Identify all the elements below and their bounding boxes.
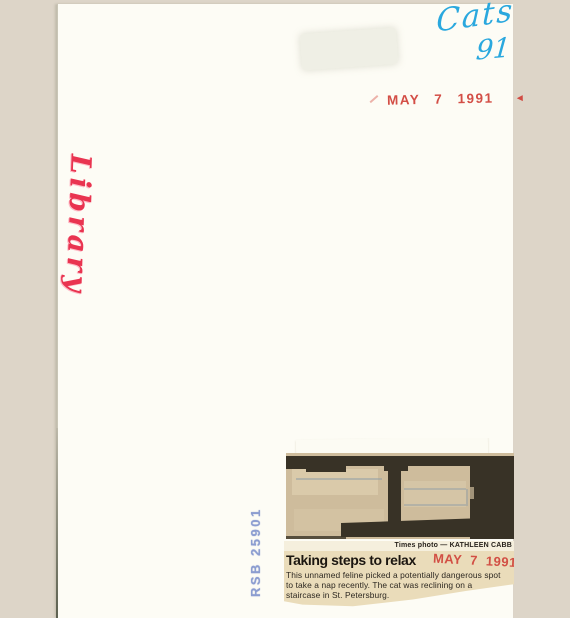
photo-verso-page: Cats 91 MAY 7 1991 ◄ Library RSB 25901	[57, 4, 513, 618]
photo-credit: Times photo — KATHLEEN CABB	[284, 541, 514, 551]
page-edge-shadow	[56, 428, 58, 618]
stamp-smudge	[370, 95, 379, 103]
stamp-ink-mark: w	[517, 560, 524, 569]
caption-line-3: staircase in St. Petersburg.	[286, 590, 512, 600]
handwritten-year-text: 91	[475, 32, 512, 66]
caption-line-2: to take a nap recently. The cat was recl…	[286, 580, 512, 590]
clipping-text-block: Taking steps to relax MAY 7 1991w This u…	[284, 551, 514, 608]
date-stamp-top-text: MAY 7 1991	[387, 91, 494, 108]
handwritten-subject-note: Cats 91	[430, 0, 570, 78]
staircase-photo-illustration	[286, 453, 514, 539]
newspaper-clipping: Times photo — KATHLEEN CABB Taking steps…	[284, 438, 514, 608]
stamp-arrow-icon: ◄	[515, 93, 527, 104]
clipping-caption: This unnamed feline picked a potentially…	[286, 570, 512, 600]
scanned-photo-back: Cats 91 MAY 7 1991 ◄ Library RSB 25901	[0, 0, 570, 618]
caption-line-1: This unnamed feline picked a potentially…	[286, 570, 512, 580]
clipping-photo	[286, 453, 514, 539]
date-stamp-top: MAY 7 1991 ◄	[387, 89, 557, 111]
tape-residue	[300, 28, 398, 71]
handwritten-library-note: Library	[59, 153, 97, 304]
accession-number-stamp: RSB 25901	[248, 495, 264, 597]
